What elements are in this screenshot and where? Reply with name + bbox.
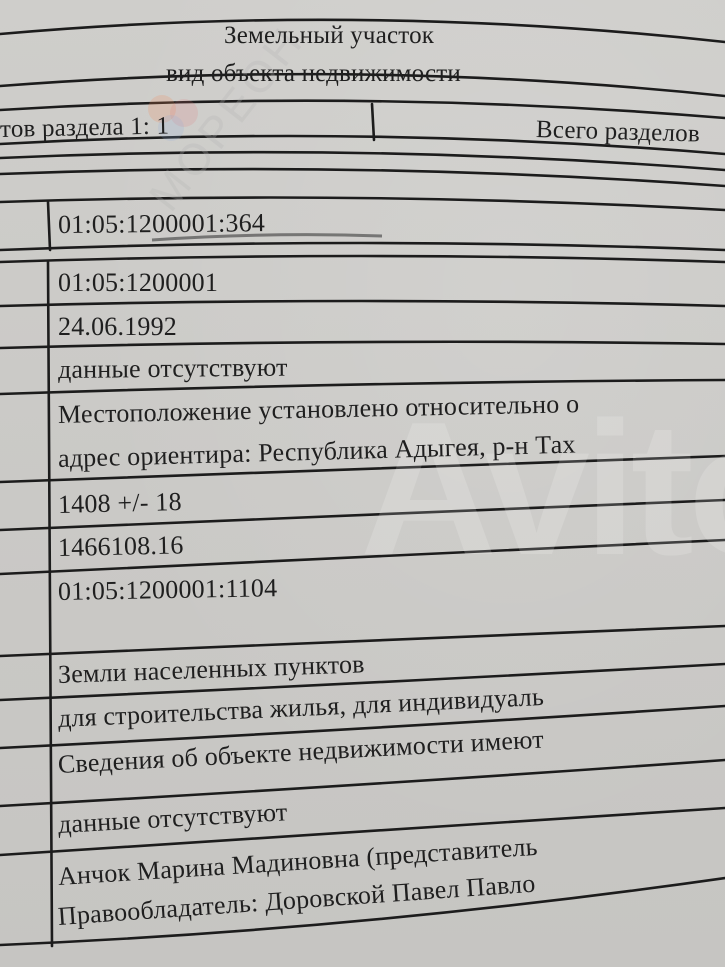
column-divider xyxy=(48,202,50,250)
rule-line xyxy=(0,198,725,211)
assignment-date: 24.06.1992 xyxy=(58,312,177,342)
rule-line xyxy=(0,301,725,306)
rule-line xyxy=(0,342,725,348)
rule-line xyxy=(0,243,725,250)
rule-line xyxy=(0,152,725,170)
sheet-number-label: тов раздела 1: 1 xyxy=(0,112,169,144)
column-divider xyxy=(48,262,52,946)
rule-line xyxy=(0,256,725,262)
pen-underline xyxy=(150,228,390,244)
related-object-number: 01:05:1200001:1104 xyxy=(58,573,278,607)
cadastral-value: 1466108.16 xyxy=(58,530,184,563)
object-kind-caption: вид объекта недвижимости xyxy=(166,60,461,88)
object-kind-value: Земельный участок xyxy=(224,22,434,50)
rule-line xyxy=(0,169,725,186)
cadastral-quarter: 01:05:1200001 xyxy=(58,268,218,298)
area-value: 1408 +/- 18 xyxy=(58,487,182,520)
header-divider xyxy=(372,104,374,140)
total-sections-label: Всего разделов xyxy=(536,116,701,149)
previous-number: данные отсутствуют xyxy=(58,353,288,385)
